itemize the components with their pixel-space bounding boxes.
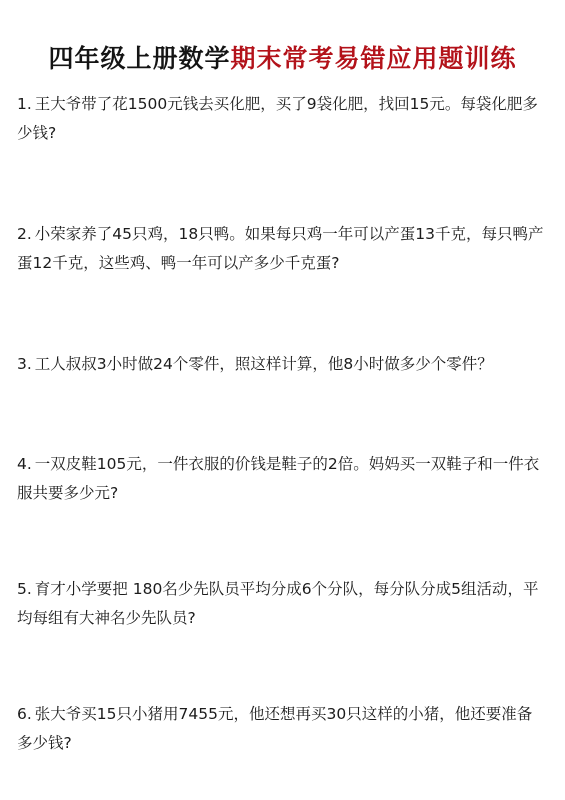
question-number: 3. (17, 355, 32, 373)
title-topic: 期末常考易错应用题训练 (231, 44, 517, 73)
question-number: 6. (17, 705, 32, 723)
worksheet-title: 四年级上册数学期末常考易错应用题训练 (0, 42, 565, 76)
question-5: 5.育才小学要把 180名少先队员平均分成6个分队，每分队分成5组活动，平均每组… (17, 575, 547, 633)
question-1: 1.王大爷带了花1500元钱去买化肥，买了9袋化肥，找回15元。每袋化肥多少钱? (17, 90, 547, 148)
question-number: 1. (17, 95, 32, 113)
question-4: 4.一双皮鞋105元，一件衣服的价钱是鞋子的2倍。妈妈买一双鞋子和一件衣服共要多… (17, 450, 547, 508)
question-text: 育才小学要把 180名少先队员平均分成6个分队，每分队分成5组活动，平均每组有大… (17, 580, 539, 627)
question-text: 张大爷买15只小猪用7455元，他还想再买30只这样的小猪，他还要准备多少钱? (17, 705, 532, 752)
question-number: 4. (17, 455, 32, 473)
question-text: 小荣家养了45只鸡，18只鸭。如果每只鸡一年可以产蛋13千克，每只鸭产蛋12千克… (17, 225, 543, 272)
question-text: 一双皮鞋105元，一件衣服的价钱是鞋子的2倍。妈妈买一双鞋子和一件衣服共要多少元… (17, 455, 539, 502)
question-2: 2.小荣家养了45只鸡，18只鸭。如果每只鸡一年可以产蛋13千克，每只鸭产蛋12… (17, 220, 547, 278)
question-6: 6.张大爷买15只小猪用7455元，他还想再买30只这样的小猪，他还要准备多少钱… (17, 700, 547, 758)
question-number: 5. (17, 580, 32, 598)
question-text: 工人叔叔3小时做24个零件，照这样计算，他8小时做多少个零件？ (35, 355, 493, 373)
title-grade-subject: 四年级上册数学 (48, 44, 230, 73)
question-3: 3.工人叔叔3小时做24个零件，照这样计算，他8小时做多少个零件？ (17, 350, 547, 379)
question-text: 王大爷带了花1500元钱去买化肥，买了9袋化肥，找回15元。每袋化肥多少钱? (17, 95, 538, 142)
question-number: 2. (17, 225, 32, 243)
